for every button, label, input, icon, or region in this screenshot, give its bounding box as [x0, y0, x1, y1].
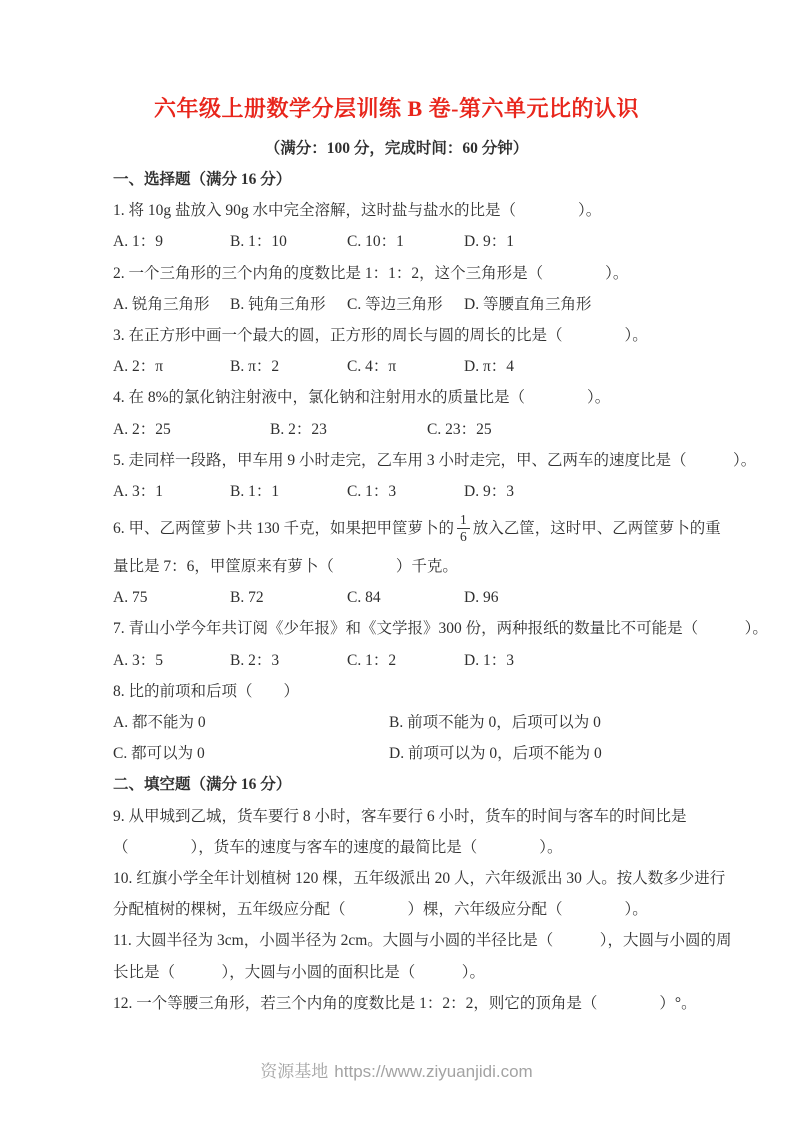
options-row: A. 2：25B. 2：23C. 23：25: [113, 414, 793, 445]
question-line: 8. 比的前项和后项（ ）: [113, 676, 793, 707]
question-text: 分配植树的棵树，五年级应分配（ ）棵，六年级应分配（ ）。: [113, 901, 648, 918]
question-text: 12. 一个等腰三角形，若三个内角的度数比是 1：2：2，则它的顶角是（ ）°。: [113, 995, 697, 1012]
option-c: C. 等边三角形: [347, 289, 464, 320]
question-line: 分配植树的棵树，五年级应分配（ ）棵，六年级应分配（ ）。: [113, 894, 793, 925]
question-text: 6. 甲、乙两筐萝卜共 130 千克，如果把甲筐萝卜的: [113, 520, 454, 537]
option-b: B. 2：23: [270, 414, 427, 445]
question-line: 5. 走同样一段路，甲车用 9 小时走完，乙车用 3 小时走完，甲、乙两车的速度…: [113, 445, 793, 476]
page-title: 六年级上册数学分层训练 B 卷-第六单元比的认识: [0, 92, 793, 126]
option-b: B. 1：1: [230, 476, 347, 507]
fraction-numerator: 1: [457, 512, 470, 528]
option-a: A. 锐角三角形: [113, 289, 230, 320]
question-text: 2. 一个三角形的三个内角的度数比是 1：1：2，这个三角形是（ ）。: [113, 265, 628, 282]
option-a: A. 3：1: [113, 476, 230, 507]
option-d: D. π：4: [464, 351, 514, 382]
question-line: 量比是 7：6，甲筐原来有萝卜（ ）千克。: [113, 551, 793, 582]
option-b: B. 前项不能为 0，后项可以为 0: [389, 707, 601, 738]
option-b: B. 2：3: [230, 645, 347, 676]
question-text: 1. 将 10g 盐放入 90g 水中完全溶解，这时盐与盐水的比是（ ）。: [113, 202, 601, 219]
option-d: D. 1：3: [464, 645, 514, 676]
option-c: C. 23：25: [427, 414, 492, 445]
question-line: （ ），货车的速度与客车的速度的最简比是（ ）。: [113, 832, 793, 863]
option-d: D. 96: [464, 582, 498, 613]
option-a: A. 2：25: [113, 414, 270, 445]
question-text: 放入乙筐，这时甲、乙两筐萝卜的重: [473, 520, 721, 537]
question-text: 4. 在 8%的氯化钠注射液中，氯化钠和注射用水的质量比是（ ）。: [113, 389, 610, 406]
options-row: A. 1：9B. 1：10C. 10：1D. 9：1: [113, 226, 793, 257]
option-b: B. 钝角三角形: [230, 289, 347, 320]
question-line: 9. 从甲城到乙城，货车要行 8 小时，客车要行 6 小时，货车的时间与客车的时…: [113, 801, 793, 832]
question-line: 2. 一个三角形的三个内角的度数比是 1：1：2，这个三角形是（ ）。: [113, 258, 793, 289]
section-heading: 一、选择题（满分 16 分）: [113, 164, 793, 195]
options-row: A. 锐角三角形B. 钝角三角形C. 等边三角形D. 等腰直角三角形: [113, 289, 793, 320]
question-line: 7. 青山小学今年共订阅《少年报》和《文学报》300 份，两种报纸的数量比不可能…: [113, 613, 793, 644]
footer-watermark: 资源基地https://www.ziyuanjidi.com: [0, 1060, 793, 1084]
test-paper-page: 六年级上册数学分层训练 B 卷-第六单元比的认识 （满分：100 分，完成时间：…: [0, 0, 793, 1019]
option-a: A. 75: [113, 582, 230, 613]
question-text: 7. 青山小学今年共订阅《少年报》和《文学报》300 份，两种报纸的数量比不可能…: [113, 620, 768, 637]
question-line: 10. 红旗小学全年计划植树 120 棵，五年级派出 20 人，六年级派出 30…: [113, 863, 793, 894]
footer-site-name: 资源基地: [260, 1062, 328, 1081]
option-c: C. 1：2: [347, 645, 464, 676]
page-subtitle: （满分：100 分，完成时间：60 分钟）: [0, 134, 793, 164]
option-b: B. π：2: [230, 351, 347, 382]
section-heading: 二、填空题（满分 16 分）: [113, 769, 793, 800]
option-d: D. 9：3: [464, 476, 514, 507]
footer-url: https://www.ziyuanjidi.com: [334, 1062, 532, 1081]
option-c: C. 都可以为 0: [113, 738, 389, 769]
question-line: 4. 在 8%的氯化钠注射液中，氯化钠和注射用水的质量比是（ ）。: [113, 382, 793, 413]
question-line: 6. 甲、乙两筐萝卜共 130 千克，如果把甲筐萝卜的16放入乙筐，这时甲、乙两…: [113, 507, 793, 551]
question-text: 5. 走同样一段路，甲车用 9 小时走完，乙车用 3 小时走完，甲、乙两车的速度…: [113, 452, 756, 469]
option-a: A. 2：π: [113, 351, 230, 382]
question-line: 1. 将 10g 盐放入 90g 水中完全溶解，这时盐与盐水的比是（ ）。: [113, 195, 793, 226]
question-text: 量比是 7：6，甲筐原来有萝卜（ ）千克。: [113, 558, 458, 575]
options-row: C. 都可以为 0D. 前项可以为 0，后项不能为 0: [113, 738, 793, 769]
options-row: A. 75B. 72C. 84D. 96: [113, 582, 793, 613]
option-c: C. 10：1: [347, 226, 464, 257]
question-text: （ ），货车的速度与客车的速度的最简比是（ ）。: [113, 839, 563, 856]
question-text: 10. 红旗小学全年计划植树 120 棵，五年级派出 20 人，六年级派出 30…: [113, 870, 725, 887]
options-row: A. 都不能为 0B. 前项不能为 0，后项可以为 0: [113, 707, 793, 738]
question-text: 11. 大圆半径为 3cm，小圆半径为 2cm。大圆与小圆的半径比是（ ），大圆…: [113, 932, 732, 949]
options-row: A. 3：5B. 2：3C. 1：2D. 1：3: [113, 645, 793, 676]
option-c: C. 84: [347, 582, 464, 613]
option-b: B. 72: [230, 582, 347, 613]
options-row: A. 2：πB. π：2C. 4：πD. π：4: [113, 351, 793, 382]
option-b: B. 1：10: [230, 226, 347, 257]
question-text: 长比是（ ），大圆与小圆的面积比是（ ）。: [113, 964, 485, 981]
fraction: 16: [457, 512, 470, 544]
option-c: C. 1：3: [347, 476, 464, 507]
document-body: 一、选择题（满分 16 分）1. 将 10g 盐放入 90g 水中完全溶解，这时…: [0, 164, 793, 1019]
options-row: A. 3：1B. 1：1C. 1：3D. 9：3: [113, 476, 793, 507]
question-line: 长比是（ ），大圆与小圆的面积比是（ ）。: [113, 957, 793, 988]
question-line: 3. 在正方形中画一个最大的圆，正方形的周长与圆的周长的比是（ ）。: [113, 320, 793, 351]
question-text: 8. 比的前项和后项（ ）: [113, 683, 299, 700]
option-d: D. 等腰直角三角形: [464, 289, 591, 320]
option-c: C. 4：π: [347, 351, 464, 382]
question-line: 11. 大圆半径为 3cm，小圆半径为 2cm。大圆与小圆的半径比是（ ），大圆…: [113, 925, 793, 956]
option-a: A. 都不能为 0: [113, 707, 389, 738]
question-text: 3. 在正方形中画一个最大的圆，正方形的周长与圆的周长的比是（ ）。: [113, 327, 648, 344]
fraction-denominator: 6: [457, 528, 470, 545]
question-line: 12. 一个等腰三角形，若三个内角的度数比是 1：2：2，则它的顶角是（ ）°。: [113, 988, 793, 1019]
option-d: D. 前项可以为 0，后项不能为 0: [389, 738, 602, 769]
option-d: D. 9：1: [464, 226, 514, 257]
option-a: A. 3：5: [113, 645, 230, 676]
option-a: A. 1：9: [113, 226, 230, 257]
question-text: 9. 从甲城到乙城，货车要行 8 小时，客车要行 6 小时，货车的时间与客车的时…: [113, 808, 687, 825]
